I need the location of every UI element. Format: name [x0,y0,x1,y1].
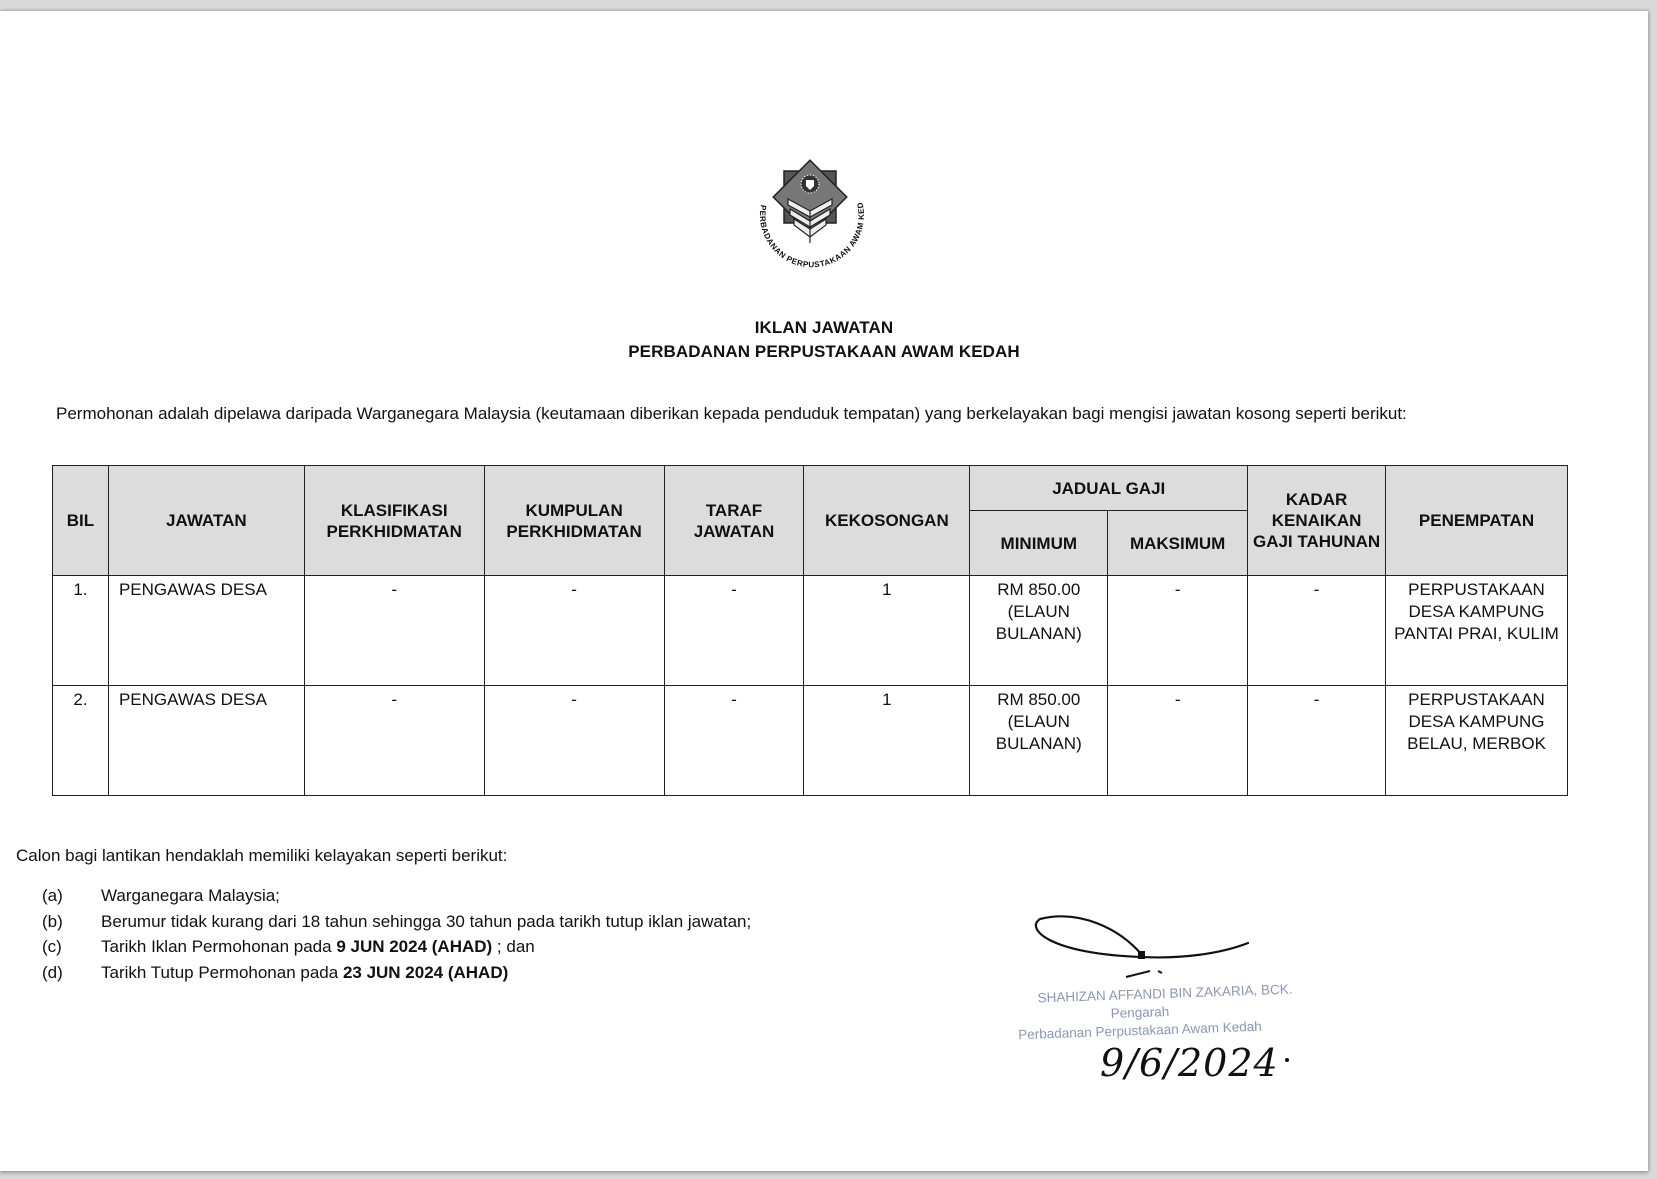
header-minimum: MINIMUM [970,511,1108,576]
cell-maksimum: - [1108,576,1248,686]
document-page: PERBADANAN PERPUSTAKAAN AWAM KEDAH IKLAN… [0,10,1648,1171]
requirement-item: (d) Tarikh Tutup Permohonan pada 23 JUN … [42,960,751,986]
cell-penempatan: PERPUSTAKAAN DESA KAMPUNG BELAU, MERBOK [1386,686,1568,796]
header-klasifikasi: KLASIFIKASI PERKHIDMATAN [304,466,484,576]
cell-bil: 2. [53,686,109,796]
header-jadual-gaji: JADUAL GAJI [970,466,1248,511]
cell-taraf: - [664,686,804,796]
intro-paragraph: Permohonan adalah dipelawa daripada Warg… [56,402,1506,425]
cell-kumpulan: - [484,686,664,796]
cell-klasifikasi: - [304,686,484,796]
requirement-item: (a) Warganegara Malaysia; [42,883,751,909]
requirement-item: (b) Berumur tidak kurang dari 18 tahun s… [42,909,751,935]
vacancy-table: BIL JAWATAN KLASIFIKASI PERKHIDMATAN KUM… [52,465,1568,796]
handwritten-date: 9/6/2024 [1100,1041,1279,1085]
requirements-lead: Calon bagi lantikan hendaklah memiliki k… [16,846,507,866]
header-kadar: KADAR KENAIKAN GAJI TAHUNAN [1248,466,1386,576]
header-taraf: TARAF JAWATAN [664,466,804,576]
header-kekosongan: KEKOSONGAN [804,466,970,576]
cell-kadar: - [1248,686,1386,796]
signature-icon [1030,899,1270,979]
cell-jawatan: PENGAWAS DESA [108,576,304,686]
cell-klasifikasi: - [304,576,484,686]
library-crest-icon: PERBADANAN PERPUSTAKAAN AWAM KEDAH [742,151,878,277]
advert-date: 9 JUN 2024 (AHAD) [336,937,492,956]
table-row: 1. PENGAWAS DESA - - - 1 RM 850.00 (ELAU… [53,576,1568,686]
cell-minimum: RM 850.00 (ELAUN BULANAN) [970,686,1108,796]
dot-mark [1285,1058,1289,1062]
cell-kekosongan: 1 [804,686,970,796]
closing-date: 23 JUN 2024 (AHAD) [343,963,508,982]
cell-taraf: - [664,576,804,686]
header-penempatan: PENEMPATAN [1386,466,1568,576]
cell-minimum: RM 850.00 (ELAUN BULANAN) [970,576,1108,686]
header-jawatan: JAWATAN [108,466,304,576]
requirement-item: (c) Tarikh Iklan Permohonan pada 9 JUN 2… [42,934,751,960]
table-row: 2. PENGAWAS DESA - - - 1 RM 850.00 (ELAU… [53,686,1568,796]
cell-bil: 1. [53,576,109,686]
page-subtitle: PERBADANAN PERPUSTAKAAN AWAM KEDAH [0,342,1648,362]
cell-kadar: - [1248,576,1386,686]
header-maksimum: MAKSIMUM [1108,511,1248,576]
header-bil: BIL [53,466,109,576]
cell-jawatan: PENGAWAS DESA [108,686,304,796]
cell-penempatan: PERPUSTAKAAN DESA KAMPUNG PANTAI PRAI, K… [1386,576,1568,686]
cell-kekosongan: 1 [804,576,970,686]
header-kumpulan: KUMPULAN PERKHIDMATAN [484,466,664,576]
requirements-list: (a) Warganegara Malaysia; (b) Berumur ti… [42,883,751,985]
page-title: IKLAN JAWATAN [0,318,1648,338]
cell-kumpulan: - [484,576,664,686]
cell-maksimum: - [1108,686,1248,796]
